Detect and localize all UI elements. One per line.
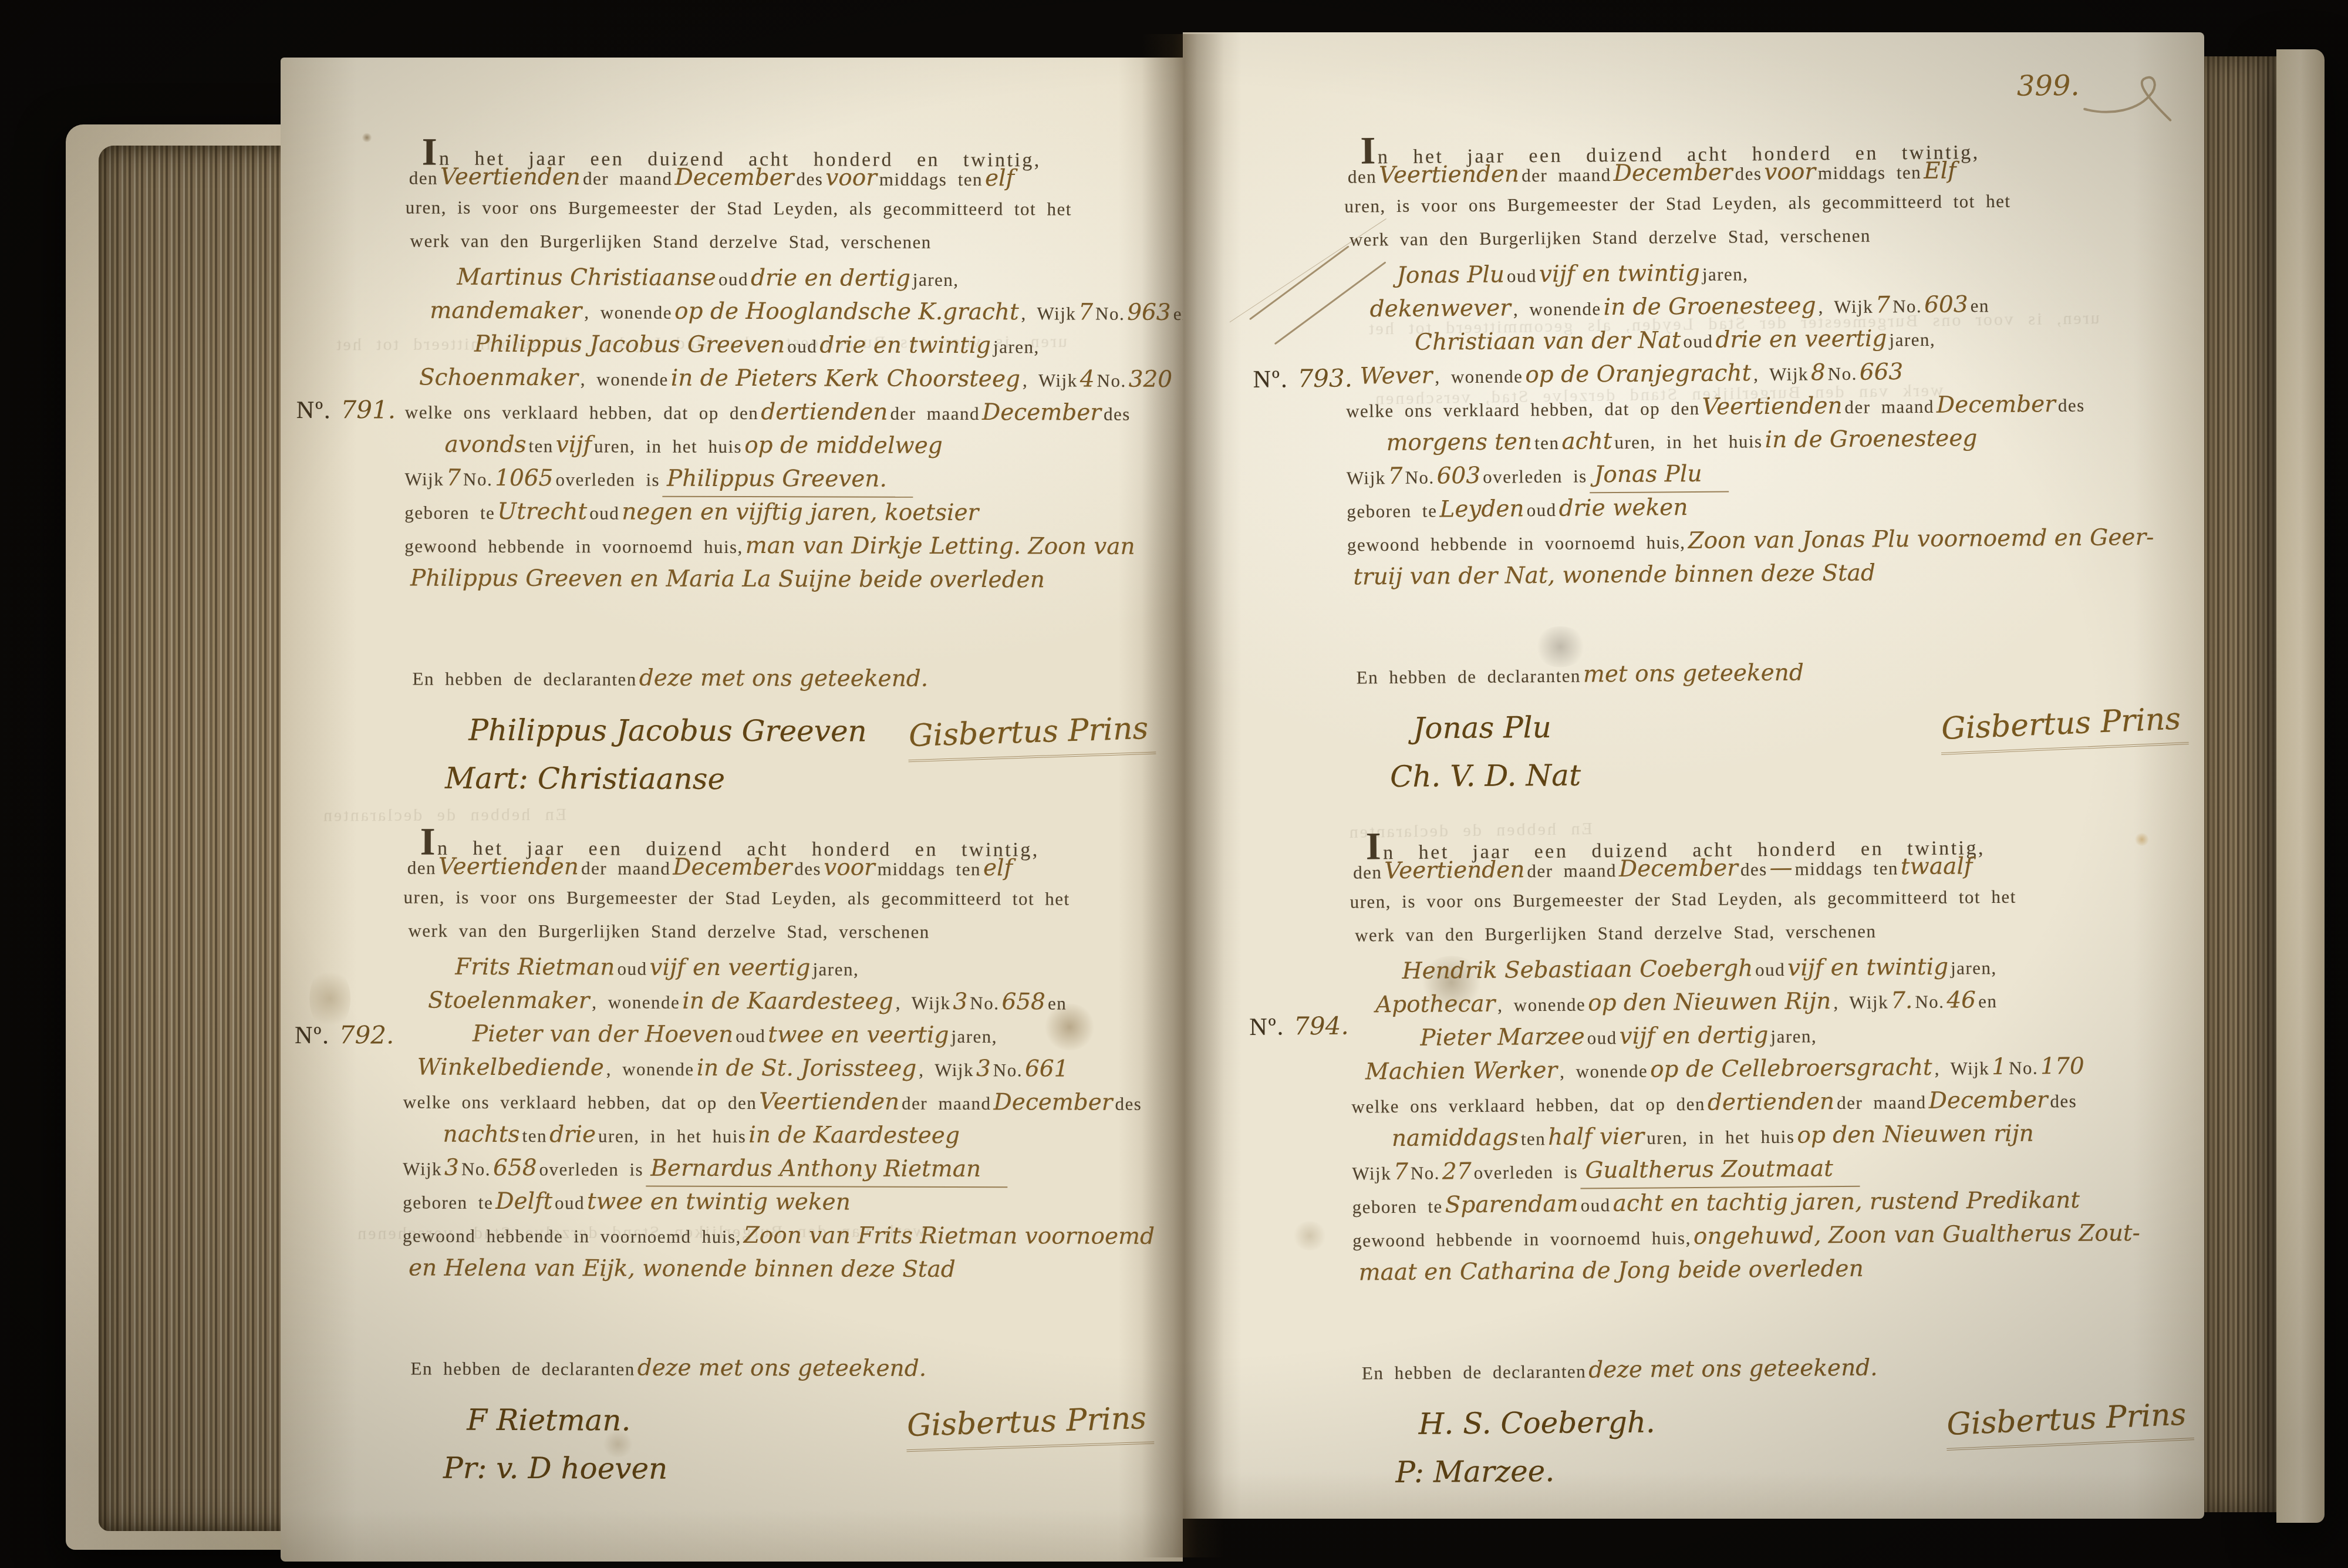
printed-text: ten (1534, 433, 1560, 453)
printed-text: , wonende (584, 302, 672, 322)
printed-text: jaren, (993, 336, 1040, 357)
handwritten-text: met ons geteekend (1583, 660, 1804, 688)
declarant-signature: F Rietman. (467, 1403, 667, 1438)
printed-text: En hebben de declaranten (1362, 1361, 1587, 1383)
printed-text: den (1353, 862, 1382, 882)
printed-text: der maand (902, 1093, 991, 1114)
record-line: Frits Rietman oud vijf en veertig jaren, (403, 954, 1166, 989)
record-body: In het jaar een duizend acht honderd en … (404, 130, 1169, 832)
printed-text: oud (1507, 265, 1537, 286)
handwritten-text: in de Groenesteeg (1765, 425, 1977, 453)
handwritten-text: acht (1561, 428, 1612, 455)
handwritten-text: December (1619, 855, 1738, 882)
handwritten-text: mandemaker (430, 298, 582, 325)
handwritten-text: voor (825, 164, 877, 191)
handwritten-text: 7 (1078, 299, 1093, 326)
record-line: maat en Catharina de Jong beide overlede… (1352, 1253, 2204, 1293)
declarant-signatures: Jonas PluCh. V. D. Nat (1413, 710, 1581, 794)
handwritten-text: 1 (1992, 1054, 2006, 1080)
handwritten-text: op de Oranjegracht (1525, 360, 1751, 388)
record-line: avonds ten vijf uren, in het huis op de … (405, 431, 1168, 467)
declarant-signature: Mart: Christiaanse (445, 761, 867, 797)
printed-text: welke ons verklaard hebben, dat op den (403, 1092, 757, 1114)
record-number-label: Nº. (1249, 1013, 1284, 1041)
printed-text: oud (1587, 1027, 1617, 1048)
handwritten-text: Philippus Jacobus Greeven (474, 331, 785, 358)
handwritten-text: 8 (1811, 359, 1826, 386)
handwritten-text: dertienden (761, 399, 888, 426)
printed-text: En hebben de declaranten (1357, 666, 1581, 688)
printed-text: jaren, (913, 269, 959, 290)
printed-text: der maand (1837, 1092, 1927, 1113)
handwritten-text: December (674, 164, 794, 191)
printed-text: No. (993, 1060, 1023, 1080)
handwritten-text: 7. (1891, 987, 1913, 1014)
record-line: geboren te Utrecht oud negen en vijftig … (404, 498, 1168, 534)
printed-text: des (1735, 163, 1762, 184)
printed-text: , wonende (1435, 366, 1523, 387)
declarant-signature: Pr: v. D hoeven (443, 1451, 667, 1486)
handwritten-text: Veertienden (759, 1088, 899, 1115)
handwritten-text: 663 (1860, 359, 1904, 386)
printed-text: uren, in het huis (1647, 1127, 1795, 1148)
printed-text: No. (1828, 363, 1857, 384)
handwritten-text: Veertienden (440, 164, 581, 191)
handwritten-text: vijf (556, 431, 592, 458)
printed-text: , Wijk (1818, 296, 1873, 318)
handwritten-text: Machien Werker (1365, 1057, 1558, 1085)
handwritten-text: twee en twintig weken (587, 1188, 851, 1215)
handwritten-text: maat en Catharina de Jong beide overlede… (1358, 1256, 1863, 1286)
record-line: truij van der Nat, wonende binnen deze S… (1347, 557, 2198, 597)
printed-text: ten (522, 1125, 547, 1146)
handwritten-text: dertienden (1708, 1088, 1835, 1116)
handwritten-text: 46 (1946, 987, 1976, 1013)
handwritten-text: op de Cellebroersgracht (1650, 1054, 1932, 1083)
handwritten-text: Wever (1359, 362, 1432, 389)
printed-text: Wijk (404, 469, 444, 490)
printed-text: oud (589, 503, 619, 523)
handwritten-text: man van Dirkje Letting. Zoon van (745, 532, 1135, 560)
printed-text: en (1971, 295, 1990, 316)
printed-text: En hebben de declaranten (413, 669, 637, 690)
printed-text: overleden is (1483, 466, 1587, 487)
printed-text: gewoond hebbende in voornoemd huis, (404, 536, 743, 558)
printed-text: der maand (1527, 860, 1617, 881)
printed-text: En hebben de declaranten (410, 1358, 635, 1380)
record-body: In het jaar een duizend acht honderd en … (1344, 122, 2200, 829)
handwritten-text: Veertienden (1379, 161, 1519, 188)
handwritten-text: 320 (1129, 366, 1173, 393)
record-number-value: 794. (1294, 1011, 1349, 1041)
printed-text: uren, is voor ons Burgemeester der Stad … (1350, 886, 2016, 912)
record-line: Wijk 7 No. 1065 overleden is Philippus G… (404, 465, 1168, 500)
record-number-label: Nº. (296, 396, 332, 424)
record-number-value: 793. (1297, 364, 1352, 393)
record-number-value: 792. (339, 1020, 394, 1049)
printed-text: , wonende (1560, 1061, 1648, 1082)
handwritten-text: December (982, 399, 1101, 426)
handwritten-text: 7 (446, 465, 461, 491)
handwritten-text: Philippus Greeven en Maria La Suijne bei… (410, 565, 1045, 594)
printed-text: jaren, (1951, 957, 1997, 979)
official-signature: Gisbertus Prins (907, 711, 1156, 763)
handwritten-text: December (1937, 391, 2056, 419)
handwritten-text: 170 (2040, 1053, 2084, 1080)
printed-text: oud (787, 336, 817, 356)
handwritten-text: Pieter Marzee (1420, 1023, 1584, 1051)
printed-text: No. (970, 993, 999, 1013)
page-edges-right (2202, 56, 2282, 1512)
death-record: Nº.791.In het jaar een duizend acht hond… (286, 130, 1172, 878)
handwritten-text: twee en veertig (768, 1021, 949, 1048)
official-signature: Gisbertus Prins (1945, 1397, 2194, 1451)
handwritten-text: op de middelweg (744, 432, 943, 459)
handwritten-text: Elf (1924, 157, 1956, 184)
record-line: den Veertienden der maand December des v… (404, 854, 1167, 889)
declarant-signature: P: Marzee. (1395, 1454, 1656, 1489)
handwritten-text: en Helena van Eijk, wonende binnen deze … (409, 1255, 956, 1283)
handwritten-text: December (1928, 1087, 2047, 1114)
handwritten-text: vijf en twintig (1539, 260, 1700, 288)
handwritten-text: 603 (1924, 291, 1968, 318)
handwritten-text: Christiaan van der Nat (1415, 327, 1681, 356)
record-number-label: Nº. (1253, 365, 1288, 393)
deceased-name: Bernardus Anthony Rietman (646, 1155, 1007, 1188)
declarant-signature: H. S. Coebergh. (1418, 1405, 1655, 1441)
printed-text: der maand (890, 403, 980, 424)
printed-text: uren, is voor ons Burgemeester der Stad … (1344, 191, 2010, 217)
handwritten-text: morgens ten (1386, 429, 1532, 456)
signature-row: F Rietman.Pr: v. D hoevenGisbertus Prins (402, 1403, 1166, 1522)
record-line: werk van den Burgerlijken Stand derzelve… (405, 231, 1168, 266)
handwritten-text: Veertienden (438, 854, 579, 881)
record-line: En hebben de declaranten deze met ons ge… (1354, 1352, 2205, 1392)
handwritten-text: truij van der Nat, wonende binnen deze S… (1353, 560, 1875, 591)
printed-text: , wonende (592, 992, 680, 1012)
printed-text: der maand (1844, 396, 1934, 417)
printed-text: uren, in het huis (1614, 431, 1763, 453)
printed-text: oud (617, 958, 647, 979)
printed-text: No. (463, 469, 492, 490)
printed-text: oud (1755, 959, 1785, 980)
printed-text: , Wijk (1833, 992, 1888, 1013)
handwritten-text: op de Hooglandsche K.gracht (674, 298, 1019, 326)
record-line: welke ons verklaard hebben, dat op den V… (403, 1088, 1166, 1123)
printed-text: No. (1095, 304, 1125, 324)
handwritten-text: Jonas Plu (1396, 262, 1504, 289)
record-number-label: Nº. (295, 1021, 330, 1050)
handwritten-text: December (673, 854, 792, 881)
printed-text: geboren te (1347, 500, 1437, 521)
record-line: Philippus Jacobus Greeven oud drie en tw… (405, 331, 1168, 366)
declarant-signature: Ch. V. D. Nat (1390, 758, 1581, 794)
official-signature: Gisbertus Prins (905, 1401, 1154, 1452)
record-line: werk van den Burgerlijken Stand derzelve… (403, 920, 1166, 956)
handwritten-text: in de St. Jorissteeg (697, 1055, 917, 1082)
printed-text: werk van den Burgerlijken Stand derzelve… (410, 231, 931, 252)
printed-text: der maand (583, 168, 673, 188)
printed-text: geboren te (403, 1192, 493, 1213)
printed-text: uren, is voor ons Burgemeester der Stad … (406, 197, 1072, 220)
record-line: En hebben de declaranten deze met ons ge… (404, 665, 1167, 700)
printed-text: middags ten (1795, 858, 1898, 879)
handwritten-text: 1065 (495, 465, 553, 491)
handwritten-text: vijf en veertig (649, 955, 810, 982)
printed-text: No. (1411, 1162, 1440, 1183)
handwritten-text: Utrecht (497, 498, 587, 525)
handwritten-text: 658 (493, 1155, 537, 1181)
handwritten-text: drie weken (1558, 494, 1688, 522)
handwritten-text: 3 (444, 1155, 459, 1181)
handwritten-text: Schoenmaker (419, 365, 578, 392)
printed-text: ten (528, 436, 553, 456)
handwritten-text: 603 (1437, 463, 1481, 490)
handwritten-text: twaalf (1901, 853, 1973, 880)
handwritten-text: op den Nieuwen rijn (1797, 1120, 2034, 1148)
record-line: gewoond hebbende in voornoemd huis, man … (404, 532, 1168, 567)
handwritten-text: drie en twintig (819, 332, 991, 359)
printed-text: , Wijk (1753, 363, 1809, 385)
declarant-signature: Jonas Plu (1413, 710, 1581, 746)
handwritten-text: dekenwever (1370, 295, 1511, 322)
printed-text: des (796, 168, 823, 189)
record-line: geboren te Delft oud twee en twintig wek… (403, 1188, 1166, 1223)
handwritten-text: 7 (1394, 1159, 1408, 1185)
printed-text: overleden is (1474, 1162, 1578, 1183)
printed-text: ten (1521, 1128, 1546, 1149)
printed-text: gewoond hebbende in voornoemd huis, (1347, 532, 1686, 555)
printed-text: gewoond hebbende in voornoemd huis, (1352, 1228, 1691, 1251)
handwritten-text: deze met ons geteekend. (639, 665, 928, 692)
signature-row: Jonas PluCh. V. D. NatGisbertus Prins (1348, 705, 2201, 829)
printed-text: jaren, (812, 959, 859, 979)
printed-text: middags ten (878, 859, 981, 879)
register-page-right: 399. uren, is voor ons Burgemeester der … (1183, 32, 2204, 1519)
death-record: Nº.793.In het jaar een duizend acht hond… (1192, 123, 2082, 876)
printed-text: geboren te (1352, 1196, 1443, 1217)
record-line: nachts ten drie uren, in het huis in de … (403, 1121, 1166, 1156)
printed-text: , Wijk (1021, 303, 1077, 323)
signature-row: Philippus Jacobus GreevenMart: Christiaa… (404, 713, 1168, 832)
printed-text: des (2058, 395, 2085, 416)
handwritten-text: deze met ons geteekend. (637, 1355, 926, 1382)
printed-text: No. (2009, 1057, 2038, 1078)
handwritten-text: 27 (1442, 1158, 1472, 1185)
printed-text: werk van den Burgerlijken Stand derzelve… (1355, 921, 1876, 946)
page-number: 399. (2017, 68, 2178, 128)
declarant-signature: Philippus Jacobus Greeven (468, 713, 867, 748)
handwritten-text: Zoon van Frits Rietman voornoemd (744, 1222, 1155, 1250)
deceased-name: Gualtherus Zoutmaat (1580, 1155, 1860, 1189)
printed-text: des (1104, 404, 1131, 424)
printed-text: jaren, (1770, 1026, 1817, 1047)
record-number: Nº.791. (296, 395, 396, 424)
handwritten-text: Frits Rietman (455, 954, 615, 981)
handwritten-text: acht en tachtig jaren, rustend Predikant (1613, 1187, 2080, 1217)
record-line: uren, is voor ons Burgemeester der Stad … (406, 197, 1169, 232)
printed-text: oud (555, 1192, 585, 1213)
printed-text: oud (718, 269, 748, 289)
printed-text: des (794, 858, 821, 879)
record-line: Pieter van der Hoeven oud twee en veerti… (403, 1021, 1166, 1056)
record-line: In het jaar een duizend acht honderd en … (406, 130, 1169, 166)
handwritten-text: drie (549, 1121, 596, 1148)
printed-text: , Wijk (896, 993, 951, 1013)
printed-text: jaren, (951, 1026, 997, 1047)
printed-text: jaren, (1889, 329, 1935, 350)
handwritten-text: 661 (1025, 1056, 1069, 1082)
printed-text: uren, in het huis (594, 436, 742, 457)
handwritten-text: Apothecar (1375, 991, 1496, 1019)
handwritten-text: voor (1764, 159, 1816, 186)
printed-text: , wonende (606, 1058, 694, 1079)
handwritten-text: Hendrik Sebastiaan Coebergh (1402, 955, 1753, 984)
printed-text: No. (1405, 467, 1434, 487)
handwritten-text: drie en dertig (751, 265, 910, 292)
printed-text: , Wijk (919, 1060, 974, 1080)
printed-text: welke ons verklaard hebben, dat op den (405, 402, 759, 424)
printed-text: en (1048, 993, 1067, 1013)
handwritten-text: 963 (1127, 299, 1171, 326)
printed-text: overleden is (555, 469, 660, 490)
record-number: Nº.793. (1253, 364, 1352, 394)
printed-text: werk van den Burgerlijken Stand derzelve… (1350, 225, 1871, 250)
handwritten-text: ongehuwd, Zoon van Gualtherus Zout- (1693, 1220, 2140, 1250)
record-body: In het jaar een duizend acht honderd en … (1350, 818, 2206, 1525)
handwritten-text: in de Pieters Kerk Choorsteeg (671, 365, 1020, 393)
printed-text: , wonende (581, 369, 669, 389)
record-line: den Veertienden der maand December des v… (406, 164, 1169, 199)
handwritten-text: Leyden (1439, 495, 1524, 522)
page-number-value: 399. (2017, 69, 2080, 103)
record-line: Stoelenmaker , wonende in de Kaardesteeg… (403, 987, 1166, 1023)
printed-text: den (409, 168, 438, 188)
handwritten-text: Zoon van Jonas Plu voornoemd en Geer- (1688, 524, 2154, 554)
record-line: Wijk 3 No. 658 overleden is Bernardus An… (403, 1155, 1166, 1190)
handwritten-text: Delft (495, 1188, 552, 1215)
handwritten-text: voor (824, 854, 875, 881)
printed-text: , Wijk (1023, 370, 1078, 390)
handwritten-text: Veertienden (1384, 857, 1524, 884)
printed-text: middags ten (879, 169, 983, 190)
record-line: Philippus Greeven en Maria La Suijne bei… (404, 565, 1168, 601)
record-line: In het jaar een duizend acht honderd en … (404, 820, 1167, 855)
printed-text: middags ten (1818, 162, 1921, 183)
printed-text: des (2050, 1091, 2077, 1111)
handwritten-text: in de Groenesteeg (1604, 292, 1816, 321)
printed-text: oud (736, 1026, 765, 1046)
printed-text: oud (1683, 331, 1713, 352)
handwritten-text: 3 (953, 989, 967, 1015)
handwritten-text: 7 (1388, 463, 1403, 490)
handwritten-text: Sparendam (1445, 1191, 1578, 1219)
printed-text: gewoond hebbende in voornoemd huis, (403, 1226, 741, 1247)
record-line: Winkelbediende , wonende in de St. Joris… (403, 1054, 1166, 1090)
deceased-name: Jonas Plu (1590, 461, 1729, 494)
handwritten-text: elf (983, 855, 1013, 881)
printed-text: des (1115, 1094, 1142, 1114)
handwritten-text: Stoelenmaker (428, 987, 589, 1014)
printed-text: jaren, (1702, 264, 1749, 285)
handwritten-text: elf (985, 165, 1014, 191)
printed-text: , wonende (1513, 298, 1601, 319)
printed-text: uren, is voor ons Burgemeester der Stad … (404, 887, 1070, 909)
printed-text: No. (1892, 296, 1922, 316)
printed-text: , Wijk (1934, 1058, 1989, 1079)
handwritten-text: — (1769, 855, 1792, 881)
official-signature: Gisbertus Prins (1939, 701, 2189, 755)
printed-text: overleden is (539, 1159, 644, 1179)
printed-text: geboren te (404, 503, 495, 523)
printed-text: der maand (581, 858, 671, 878)
handwritten-text: 658 (1001, 989, 1045, 1015)
record-line: Martinus Christiaanse oud drie en dertig… (405, 264, 1168, 299)
deceased-name: Philippus Greeven. (662, 466, 913, 498)
page-number-flourish (2083, 68, 2177, 127)
printed-text: Wijk (403, 1159, 442, 1179)
handwritten-text: namiddags (1392, 1124, 1519, 1152)
printed-text: welke ons verklaard hebben, dat op den (1351, 1094, 1705, 1117)
handwritten-text: deze met ons geteekend. (1588, 1355, 1878, 1384)
printed-text: oud (1581, 1195, 1611, 1215)
handwritten-text: Martinus Christiaanse (457, 264, 716, 291)
handwritten-text: Winkelbediende (417, 1054, 604, 1081)
printed-text: den (1348, 166, 1377, 187)
record-line: uren, is voor ons Burgemeester der Stad … (404, 887, 1167, 922)
record-line: mandemaker , wonende op de Hooglandsche … (405, 298, 1168, 333)
record-line: gewoond hebbende in voornoemd huis, Zoon… (403, 1222, 1166, 1257)
printed-text: des (1740, 859, 1767, 879)
handwritten-text: Pieter van der Hoeven (473, 1021, 733, 1048)
handwritten-text: drie en veertig (1715, 325, 1887, 353)
record-number-value: 791. (341, 395, 396, 424)
declarant-signatures: F Rietman.Pr: v. D hoeven (467, 1403, 668, 1486)
printed-text: No. (1097, 370, 1126, 391)
handwritten-text: in de Kaardesteeg (748, 1122, 960, 1149)
handwritten-text: in de Kaardesteeg (682, 988, 893, 1015)
printed-text: Wijk (1352, 1163, 1391, 1184)
handwritten-text: December (994, 1089, 1113, 1116)
handwritten-text: avonds (445, 431, 527, 458)
handwritten-text: 7 (1875, 292, 1890, 318)
printed-text: den (407, 858, 436, 878)
printed-text: No. (461, 1159, 491, 1179)
handwritten-text: half vier (1548, 1124, 1644, 1151)
printed-text: welke ons verklaard hebben, dat op den (1346, 398, 1700, 421)
handwritten-text: December (1613, 159, 1732, 187)
book-cover-right (2276, 49, 2325, 1523)
handwritten-text: op den Nieuwen Rijn (1588, 988, 1831, 1016)
record-body: In het jaar een duizend acht honderd en … (402, 820, 1167, 1522)
record-line: en Helena van Eijk, wonende binnen deze … (403, 1255, 1166, 1290)
record-number: Nº.792. (295, 1020, 394, 1050)
printed-text: Wijk (1347, 467, 1386, 488)
register-book-photo: uren, is voor ons Burgemeester der Stad … (0, 0, 2348, 1568)
record-number: Nº.794. (1249, 1011, 1349, 1041)
printed-text: en (1978, 991, 1998, 1011)
handwritten-text: vijf en twintig (1787, 954, 1948, 982)
record-line: Schoenmaker , wonende in de Pieters Kerk… (405, 365, 1168, 400)
handwritten-text: Veertienden (1702, 393, 1842, 420)
handwritten-text: 4 (1080, 366, 1095, 393)
handwritten-text: negen en vijftig jaren, koetsier (622, 499, 979, 527)
record-line: En hebben de declaranten met ons geteeke… (1348, 656, 2199, 696)
death-record: Nº.792.In het jaar een duizend acht hond… (285, 820, 1170, 1567)
record-line: welke ons verklaard hebben, dat op den d… (405, 398, 1168, 433)
death-record: Nº.794.In het jaar een duizend acht hond… (1198, 819, 2087, 1568)
declarant-signatures: Philippus Jacobus GreevenMart: Christiaa… (468, 713, 867, 797)
